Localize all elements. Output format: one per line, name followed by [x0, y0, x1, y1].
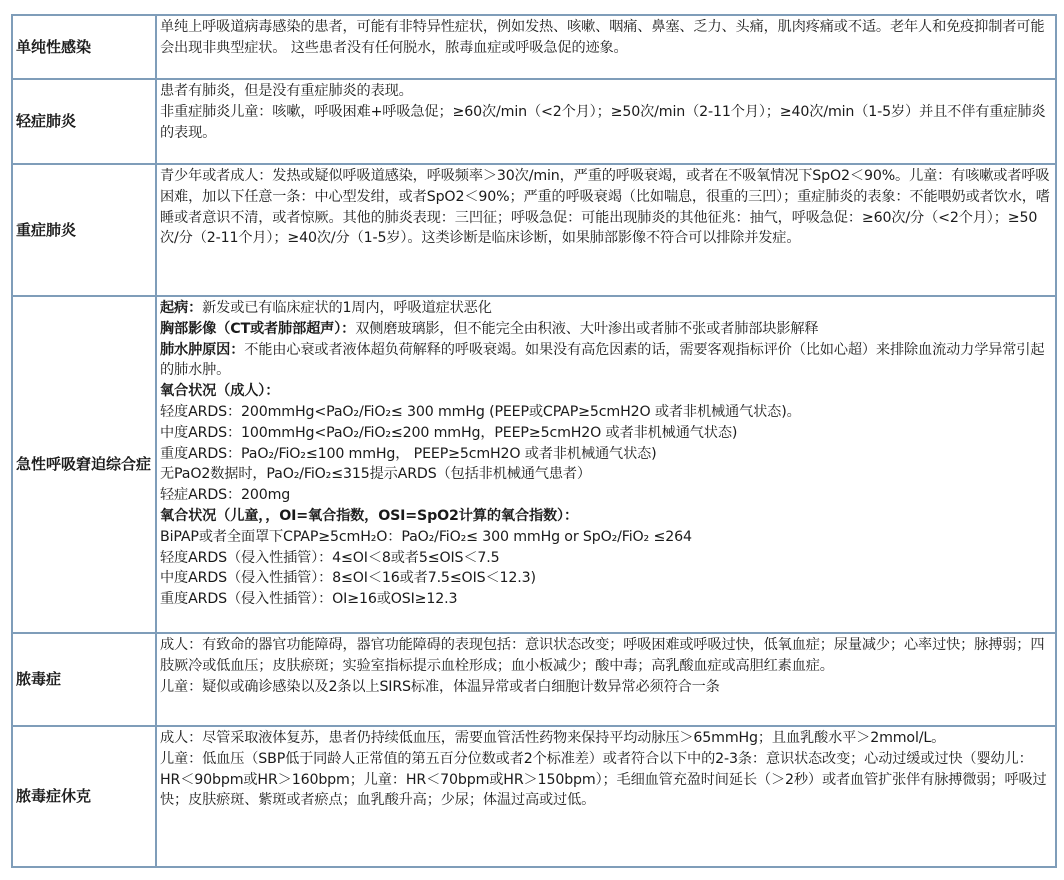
content-line: 青少年或者成人：发热或疑似呼吸道感染，呼吸频率＞30次/min，严重的呼吸衰竭，…: [160, 166, 1051, 249]
content-line: 重度ARDS（侵入性插管）：OI≥16或OSI≥12.3: [160, 589, 1051, 610]
content-line: BiPAP或者全面罩下CPAP≥5cmH₂O：PaO₂/FiO₂≤ 300 mm…: [160, 527, 1051, 548]
criterion-text: 重度ARDS（侵入性插管）：OI≥16或OSI≥12.3: [160, 591, 457, 607]
criterion-text: 双侧磨玻璃影，但不能完全由积液、大叶渗出或者肺不张或者肺部块影解释: [355, 321, 818, 337]
table-row: 急性呼吸窘迫综合症 起病：新发或已有临床症状的1周内，呼吸道症状恶化 胸部影像（…: [13, 297, 1055, 634]
content-line: 肺水肿原因：不能由心衰或者液体超负荷解释的呼吸衰竭。如果没有高危因素的话，需要客…: [160, 340, 1051, 382]
content-line: 儿童：低血压（SBP低于同龄人正常值的第五百分位数或者2个标准差）或者符合以下中…: [160, 749, 1051, 811]
row-content: 成人：有致命的器官功能障碍，器官功能障碍的表现包括：意识状态改变；呼吸困难或呼吸…: [157, 634, 1055, 725]
criterion-text: 中度ARDS（侵入性插管）：8≤OI＜16或者7.5≤OIS＜12.3): [160, 570, 536, 586]
content-line: 无PaO2数据时，PaO₂/FiO₂≤315提示ARDS（包括非机械通气患者）: [160, 464, 1051, 485]
criterion-text: 轻症ARDS：200mg: [160, 487, 290, 503]
content-line: 胸部影像（CT或者肺部超声）：双侧磨玻璃影，但不能完全由积液、大叶渗出或者肺不张…: [160, 319, 1051, 340]
content-line: 轻症ARDS：200mg: [160, 485, 1051, 506]
row-label: 脓毒症: [13, 634, 157, 725]
criterion-heading: 起病：: [160, 300, 202, 316]
criterion-text: 新发或已有临床症状的1周内，呼吸道症状恶化: [202, 300, 492, 316]
table-row: 轻症肺炎 患者有肺炎，但是没有重症肺炎的表现。 非重症肺炎儿童：咳嗽，呼吸困难+…: [13, 80, 1055, 165]
table-row: 单纯性感染 单纯上呼吸道病毒感染的患者，可能有非特异性症状，例如发热、咳嗽、咽痛…: [13, 16, 1055, 80]
table-row: 脓毒症休克 成人：尽管采取液体复苏，患者仍持续低血压，需要血管活性药物来保持平均…: [13, 727, 1055, 866]
content-line: 氧合状况（成人）：: [160, 381, 1051, 402]
criterion-text: 不能由心衰或者液体超负荷解释的呼吸衰竭。如果没有高危因素的话，需要客观指标评价（…: [160, 342, 1044, 379]
content-line: 单纯上呼吸道病毒感染的患者，可能有非特异性症状，例如发热、咳嗽、咽痛、鼻塞、乏力…: [160, 17, 1051, 59]
content-line: 轻度ARDS：200mmHg<PaO₂/FiO₂≤ 300 mmHg (PEEP…: [160, 402, 1051, 423]
criterion-text: 轻度ARDS：200mmHg<PaO₂/FiO₂≤ 300 mmHg (PEEP…: [160, 404, 801, 420]
content-line: 儿童：疑似或确诊感染以及2条以上SIRS标准，体温异常或者白细胞计数异常必须符合…: [160, 677, 1051, 698]
row-content: 患者有肺炎，但是没有重症肺炎的表现。 非重症肺炎儿童：咳嗽，呼吸困难+呼吸急促；…: [157, 80, 1055, 163]
row-content: 起病：新发或已有临床症状的1周内，呼吸道症状恶化 胸部影像（CT或者肺部超声）：…: [157, 297, 1055, 632]
criterion-text: BiPAP或者全面罩下CPAP≥5cmH₂O：PaO₂/FiO₂≤ 300 mm…: [160, 529, 692, 545]
content-line: 中度ARDS：100mmHg<PaO₂/FiO₂≤200 mmHg，PEEP≥5…: [160, 423, 1051, 444]
row-content: 单纯上呼吸道病毒感染的患者，可能有非特异性症状，例如发热、咳嗽、咽痛、鼻塞、乏力…: [157, 16, 1055, 78]
row-label: 脓毒症休克: [13, 727, 157, 866]
table-row: 重症肺炎 青少年或者成人：发热或疑似呼吸道感染，呼吸频率＞30次/min，严重的…: [13, 165, 1055, 297]
content-line: 氧合状况（儿童，，OI=氧合指数，OSI=SpO2计算的氧合指数）：: [160, 506, 1051, 527]
content-line: 患者有肺炎，但是没有重症肺炎的表现。: [160, 81, 1051, 102]
row-label: 单纯性感染: [13, 16, 157, 78]
row-content: 成人：尽管采取液体复苏，患者仍持续低血压，需要血管活性药物来保持平均动脉压＞65…: [157, 727, 1055, 866]
row-label: 急性呼吸窘迫综合症: [13, 297, 157, 632]
row-content: 青少年或者成人：发热或疑似呼吸道感染，呼吸频率＞30次/min，严重的呼吸衰竭，…: [157, 165, 1055, 295]
content-line: 轻度ARDS（侵入性插管）：4≤OI＜8或者5≤OIS＜7.5: [160, 548, 1051, 569]
row-label: 轻症肺炎: [13, 80, 157, 163]
criterion-heading: 氧合状况（儿童，，OI=氧合指数，OSI=SpO2计算的氧合指数）：: [160, 508, 578, 524]
criterion-text: 重度ARDS：PaO₂/FiO₂≤100 mmHg， PEEP≥5cmH2O 或…: [160, 446, 657, 462]
criterion-text: 中度ARDS：100mmHg<PaO₂/FiO₂≤200 mmHg，PEEP≥5…: [160, 425, 737, 441]
table-row: 脓毒症 成人：有致命的器官功能障碍，器官功能障碍的表现包括：意识状态改变；呼吸困…: [13, 634, 1055, 727]
criterion-text: 无PaO2数据时，PaO₂/FiO₂≤315提示ARDS（包括非机械通气患者）: [160, 466, 591, 482]
content-line: 起病：新发或已有临床症状的1周内，呼吸道症状恶化: [160, 298, 1051, 319]
criterion-text: 轻度ARDS（侵入性插管）：4≤OI＜8或者5≤OIS＜7.5: [160, 550, 500, 566]
content-line: 成人：尽管采取液体复苏，患者仍持续低血压，需要血管活性药物来保持平均动脉压＞65…: [160, 728, 1051, 749]
content-line: 成人：有致命的器官功能障碍，器官功能障碍的表现包括：意识状态改变；呼吸困难或呼吸…: [160, 635, 1051, 677]
content-line: 中度ARDS（侵入性插管）：8≤OI＜16或者7.5≤OIS＜12.3): [160, 568, 1051, 589]
row-label: 重症肺炎: [13, 165, 157, 295]
content-line: 非重症肺炎儿童：咳嗽，呼吸困难+呼吸急促；≥60次/min（<2个月）；≥50次…: [160, 102, 1051, 144]
criterion-heading: 胸部影像（CT或者肺部超声）：: [160, 321, 355, 337]
criterion-heading: 肺水肿原因：: [160, 342, 244, 358]
criterion-heading: 氧合状况（成人）：: [160, 383, 279, 399]
diagnosis-table: 单纯性感染 单纯上呼吸道病毒感染的患者，可能有非特异性症状，例如发热、咳嗽、咽痛…: [11, 14, 1057, 868]
content-line: 重度ARDS：PaO₂/FiO₂≤100 mmHg， PEEP≥5cmH2O 或…: [160, 444, 1051, 465]
